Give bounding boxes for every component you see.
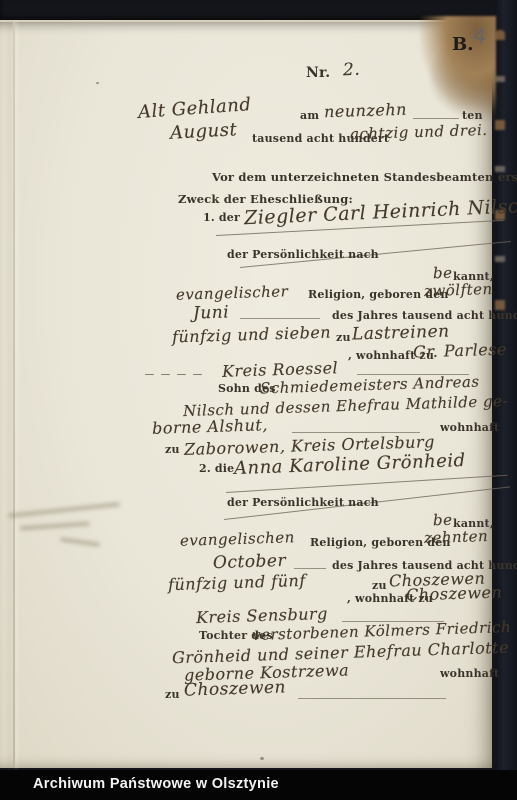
- archive-watermark-bar: Archiwum Państwowe w Olsztynie: [0, 770, 517, 800]
- am-label: am: [300, 109, 319, 122]
- bride-zu-label: zu: [372, 579, 387, 592]
- groom-zu-label: zu: [336, 331, 351, 344]
- groom-wohnhaft-label: wohnhaft: [440, 421, 499, 434]
- groom-known-prefix: be: [433, 264, 453, 283]
- record-number-label: Nr.: [306, 65, 330, 81]
- ink-bleedthrough: [8, 502, 120, 518]
- pencil-page-number: 4: [472, 23, 487, 48]
- groom-parents-line3: borne Alshut,: [152, 415, 268, 438]
- record-number-value: 2.: [343, 60, 361, 81]
- ten-label: ten: [462, 109, 483, 122]
- bride-wohnhaft-label: wohnhaft: [440, 667, 499, 680]
- registration-year: achtzig und drei.: [350, 121, 488, 143]
- groom-religion: evangelischer: [176, 282, 289, 304]
- groom-birth-year: fünfzig und sieben: [172, 323, 332, 347]
- bride-zu2-label: zu: [165, 688, 180, 701]
- blank-rule: [413, 118, 459, 119]
- form-letter-b: B.: [452, 34, 473, 55]
- registration-month: August: [169, 119, 237, 143]
- bride-residence: Choszewen: [406, 582, 503, 604]
- bride-birth-month: October: [213, 551, 287, 573]
- register-page: B. 4 Nr. 2. Alt Gehland am neunzehn ten …: [0, 20, 492, 768]
- groom-birth-day: zwölften: [424, 280, 493, 300]
- groom-identity-label: der Persönlichkeit nach: [227, 248, 379, 261]
- blank-rule: [240, 318, 320, 319]
- dash-rule: [145, 374, 207, 375]
- bride-parents-residence: Choszewen: [184, 677, 287, 700]
- ink-bleedthrough: [20, 522, 90, 531]
- groom-residence: Gr. Parlese: [413, 340, 507, 362]
- blank-rule: [298, 698, 446, 699]
- bride-index-label: 2. die: [199, 462, 234, 475]
- bride-identity-label: der Persönlichkeit nach: [227, 496, 379, 509]
- archive-watermark-text: Archiwum Państwowe w Olsztynie: [33, 776, 279, 792]
- registration-day: neunzehn: [324, 100, 407, 122]
- bride-birth-year: fünfzig und fünf: [168, 571, 306, 594]
- groom-birth-year-label: des Jahres tausend acht hundert: [332, 309, 517, 322]
- groom-birth-month: Juni: [193, 302, 230, 323]
- paper-speck: [96, 82, 99, 84]
- blank-rule: [294, 568, 326, 569]
- ink-bleedthrough: [60, 537, 100, 547]
- bride-birth-day: zehnten: [424, 527, 489, 547]
- intro-line1: Vor dem unterzeichneten Standesbeamten e…: [212, 170, 517, 184]
- register-scan: B. 4 Nr. 2. Alt Gehland am neunzehn ten …: [0, 0, 517, 800]
- paper-speck: [260, 757, 264, 760]
- groom-zu2-label: zu: [165, 443, 180, 456]
- bride-known-prefix: be: [433, 511, 453, 530]
- page-crease: [13, 22, 15, 768]
- bride-religion: evangelischen: [180, 528, 295, 550]
- groom-index-label: 1. der: [203, 211, 240, 224]
